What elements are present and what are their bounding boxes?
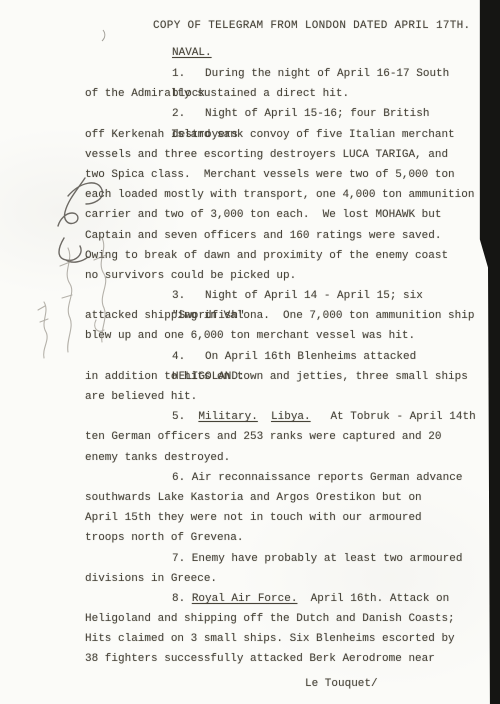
document-line: 1. During the night of April 16-17 South… — [85, 64, 485, 84]
document-line: Owing to break of dawn and proximity of … — [85, 246, 485, 266]
document-line: in addition to hits on town and jetties,… — [85, 367, 485, 387]
document-line: off Kerkenah Island sank convoy of five … — [85, 125, 485, 145]
document-line: 2. Night of April 15-16; four British de… — [85, 104, 485, 124]
document-line: 5. Military. Libya. At Tobruk - April 14… — [85, 407, 485, 427]
pencil-note-rotated-annotation — [38, 238, 106, 358]
sign-off: Le Touquet/ — [85, 674, 485, 694]
section-heading-naval: NAVAL. — [172, 43, 212, 63]
document-line: Heligoland and shipping off the Dutch an… — [85, 609, 485, 629]
document-line: troops north of Grevena. — [85, 528, 485, 548]
document-line: vessels and three escorting destroyers L… — [85, 145, 485, 165]
document-line: each loaded mostly with transport, one 4… — [85, 185, 485, 205]
document-line: southwards Lake Kastoria and Argos Orest… — [85, 488, 485, 508]
document-line: Hits claimed on 3 small ships. Six Blenh… — [85, 629, 485, 649]
document-line: of the Admiralty sustained a direct hit. — [85, 84, 485, 104]
document-line: 3. Night of April 14 - April 15; six "Sw… — [85, 286, 485, 306]
document-body: 1. During the night of April 16-17 South… — [85, 64, 485, 694]
document-line: 8. Royal Air Force. April 16th. Attack o… — [85, 589, 485, 609]
ink-speck — [98, 28, 112, 44]
document-line: divisions in Greece. — [85, 569, 485, 589]
document-line: 7. Enemy have probably at least two armo… — [85, 549, 485, 569]
document-line: two Spica class. Merchant vessels were t… — [85, 165, 485, 185]
document-line: carrier and two of 3,000 ton each. We lo… — [85, 205, 485, 225]
document-line: are believed hit. — [85, 387, 485, 407]
document-line: attacked shipping in Valona. One 7,000 t… — [85, 306, 485, 326]
document-line: Captain and seven officers and 160 ratin… — [85, 226, 485, 246]
pencil-initials-annotation — [58, 178, 102, 262]
document-line: enemy tanks destroyed. — [85, 448, 485, 468]
document-title: COPY OF TELEGRAM FROM LONDON DATED APRIL… — [153, 16, 470, 36]
document-line: no survivors could be picked up. — [85, 266, 485, 286]
document: COPY OF TELEGRAM FROM LONDON DATED APRIL… — [85, 0, 485, 141]
handwritten-marginalia — [30, 170, 120, 365]
scanned-telegram-page: COPY OF TELEGRAM FROM LONDON DATED APRIL… — [0, 0, 500, 704]
document-line: 38 fighters successfully attacked Berk A… — [85, 649, 485, 669]
document-line: April 15th they were not in touch with o… — [85, 508, 485, 528]
document-line: 4. On April 16th Blenheims attacked HELI… — [85, 347, 485, 367]
document-line: ten German officers and 253 ranks were c… — [85, 427, 485, 447]
document-line: 6. Air reconnaissance reports German adv… — [85, 468, 485, 488]
document-line: blew up and one 6,000 ton merchant vesse… — [85, 326, 485, 346]
